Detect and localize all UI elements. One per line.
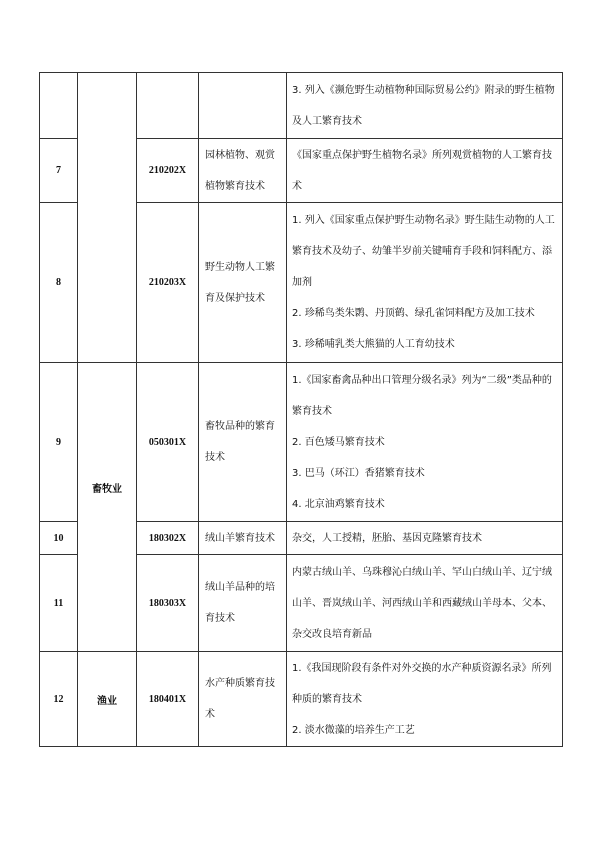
tech-description: 1. 列入《国家重点保护野生动物名录》野生陆生动物的人工 繁育技术及幼子、幼雏半…: [287, 203, 563, 363]
desc-line: 杂交改良培育新品: [292, 619, 559, 650]
desc-line: 及人工繁育技术: [292, 106, 559, 137]
desc-line: 内蒙古绒山羊、乌珠穆沁白绒山羊、罕山白绒山羊、辽宁绒: [292, 557, 559, 588]
row-number: 11: [40, 555, 78, 652]
desc-line: 种质的繁育技术: [292, 684, 559, 715]
item-code: 210203X: [137, 203, 199, 363]
tech-description: 杂交，人工授精，胚胎、基因克隆繁育技术: [287, 522, 563, 555]
tech-description: 1.《我国现阶段有条件对外交换的水产种质资源名录》所列 种质的繁育技术 2. 淡…: [287, 652, 563, 747]
desc-line: 3. 列入《濒危野生动植物种国际贸易公约》附录的野生植物: [292, 75, 559, 106]
tech-name: 畜牧品种的繁育技术: [199, 363, 287, 522]
desc-line: 2. 珍稀鸟类朱鹮、丹顶鹤、绿孔雀饲料配方及加工技术: [292, 298, 559, 329]
table-row: 9 畜牧业 050301X 畜牧品种的繁育技术 1.《国家畜禽品种出口管理分级名…: [40, 363, 563, 522]
category-cell-livestock: 畜牧业: [78, 363, 137, 652]
desc-line: 《国家重点保护野生植物名录》所列观赏植物的人工繁育技: [292, 140, 559, 171]
item-code: 180303X: [137, 555, 199, 652]
desc-line: 杂交，人工授精，胚胎、基因克隆繁育技术: [292, 527, 559, 550]
desc-line: 繁育技术: [292, 396, 559, 427]
row-number: 9: [40, 363, 78, 522]
desc-line: 2. 百色矮马繁育技术: [292, 427, 559, 458]
item-code: 210202X: [137, 139, 199, 203]
item-code: 180302X: [137, 522, 199, 555]
table-row: 3. 列入《濒危野生动植物种国际贸易公约》附录的野生植物 及人工繁育技术: [40, 73, 563, 139]
tech-description: 《国家重点保护野生植物名录》所列观赏植物的人工繁育技 术: [287, 139, 563, 203]
desc-line: 4. 北京油鸡繁育技术: [292, 489, 559, 520]
desc-line: 繁育技术及幼子、幼雏半岁前关键哺育手段和饲料配方、添: [292, 236, 559, 267]
table-row: 12 渔业 180401X 水产种质繁育技术 1.《我国现阶段有条件对外交换的水…: [40, 652, 563, 747]
category-cell-fishery: 渔业: [78, 652, 137, 747]
tech-name: 水产种质繁育技术: [199, 652, 287, 747]
item-code: 180401X: [137, 652, 199, 747]
tech-description: 3. 列入《濒危野生动植物种国际贸易公约》附录的野生植物 及人工繁育技术: [287, 73, 563, 139]
item-code: [137, 73, 199, 139]
category-label: 畜牧业: [78, 480, 136, 501]
desc-line: 加剂: [292, 267, 559, 298]
tech-description: 1.《国家畜禽品种出口管理分级名录》列为“二级”类品种的 繁育技术 2. 百色矮…: [287, 363, 563, 522]
row-number: 12: [40, 652, 78, 747]
row-number: 8: [40, 203, 78, 363]
category-cell: [78, 73, 137, 363]
desc-line: 3. 巴马（环江）香猪繁育技术: [292, 458, 559, 489]
tech-name: 绒山羊繁育技术: [199, 522, 287, 555]
row-number: 7: [40, 139, 78, 203]
tech-description: 内蒙古绒山羊、乌珠穆沁白绒山羊、罕山白绒山羊、辽宁绒 山羊、晋岚绒山羊、河西绒山…: [287, 555, 563, 652]
desc-line: 山羊、晋岚绒山羊、河西绒山羊和西藏绒山羊母本、父本、: [292, 588, 559, 619]
row-number: 10: [40, 522, 78, 555]
desc-line: 术: [292, 171, 559, 202]
tech-name: 绒山羊品种的培育技术: [199, 555, 287, 652]
item-code: 050301X: [137, 363, 199, 522]
desc-line: 1. 列入《国家重点保护野生动物名录》野生陆生动物的人工: [292, 205, 559, 236]
row-number: [40, 73, 78, 139]
desc-line: 1.《我国现阶段有条件对外交换的水产种质资源名录》所列: [292, 653, 559, 684]
tech-name: 园林植物、观赏植物繁育技术: [199, 139, 287, 203]
tech-name: 野生动物人工繁育及保护技术: [199, 203, 287, 363]
technology-catalog-table: 3. 列入《濒危野生动植物种国际贸易公约》附录的野生植物 及人工繁育技术 7 2…: [39, 72, 563, 747]
desc-line: 3. 珍稀哺乳类大熊猫的人工育幼技术: [292, 329, 559, 360]
desc-line: 1.《国家畜禽品种出口管理分级名录》列为“二级”类品种的: [292, 365, 559, 396]
desc-line: 2. 淡水微藻的培养生产工艺: [292, 715, 559, 746]
tech-name: [199, 73, 287, 139]
